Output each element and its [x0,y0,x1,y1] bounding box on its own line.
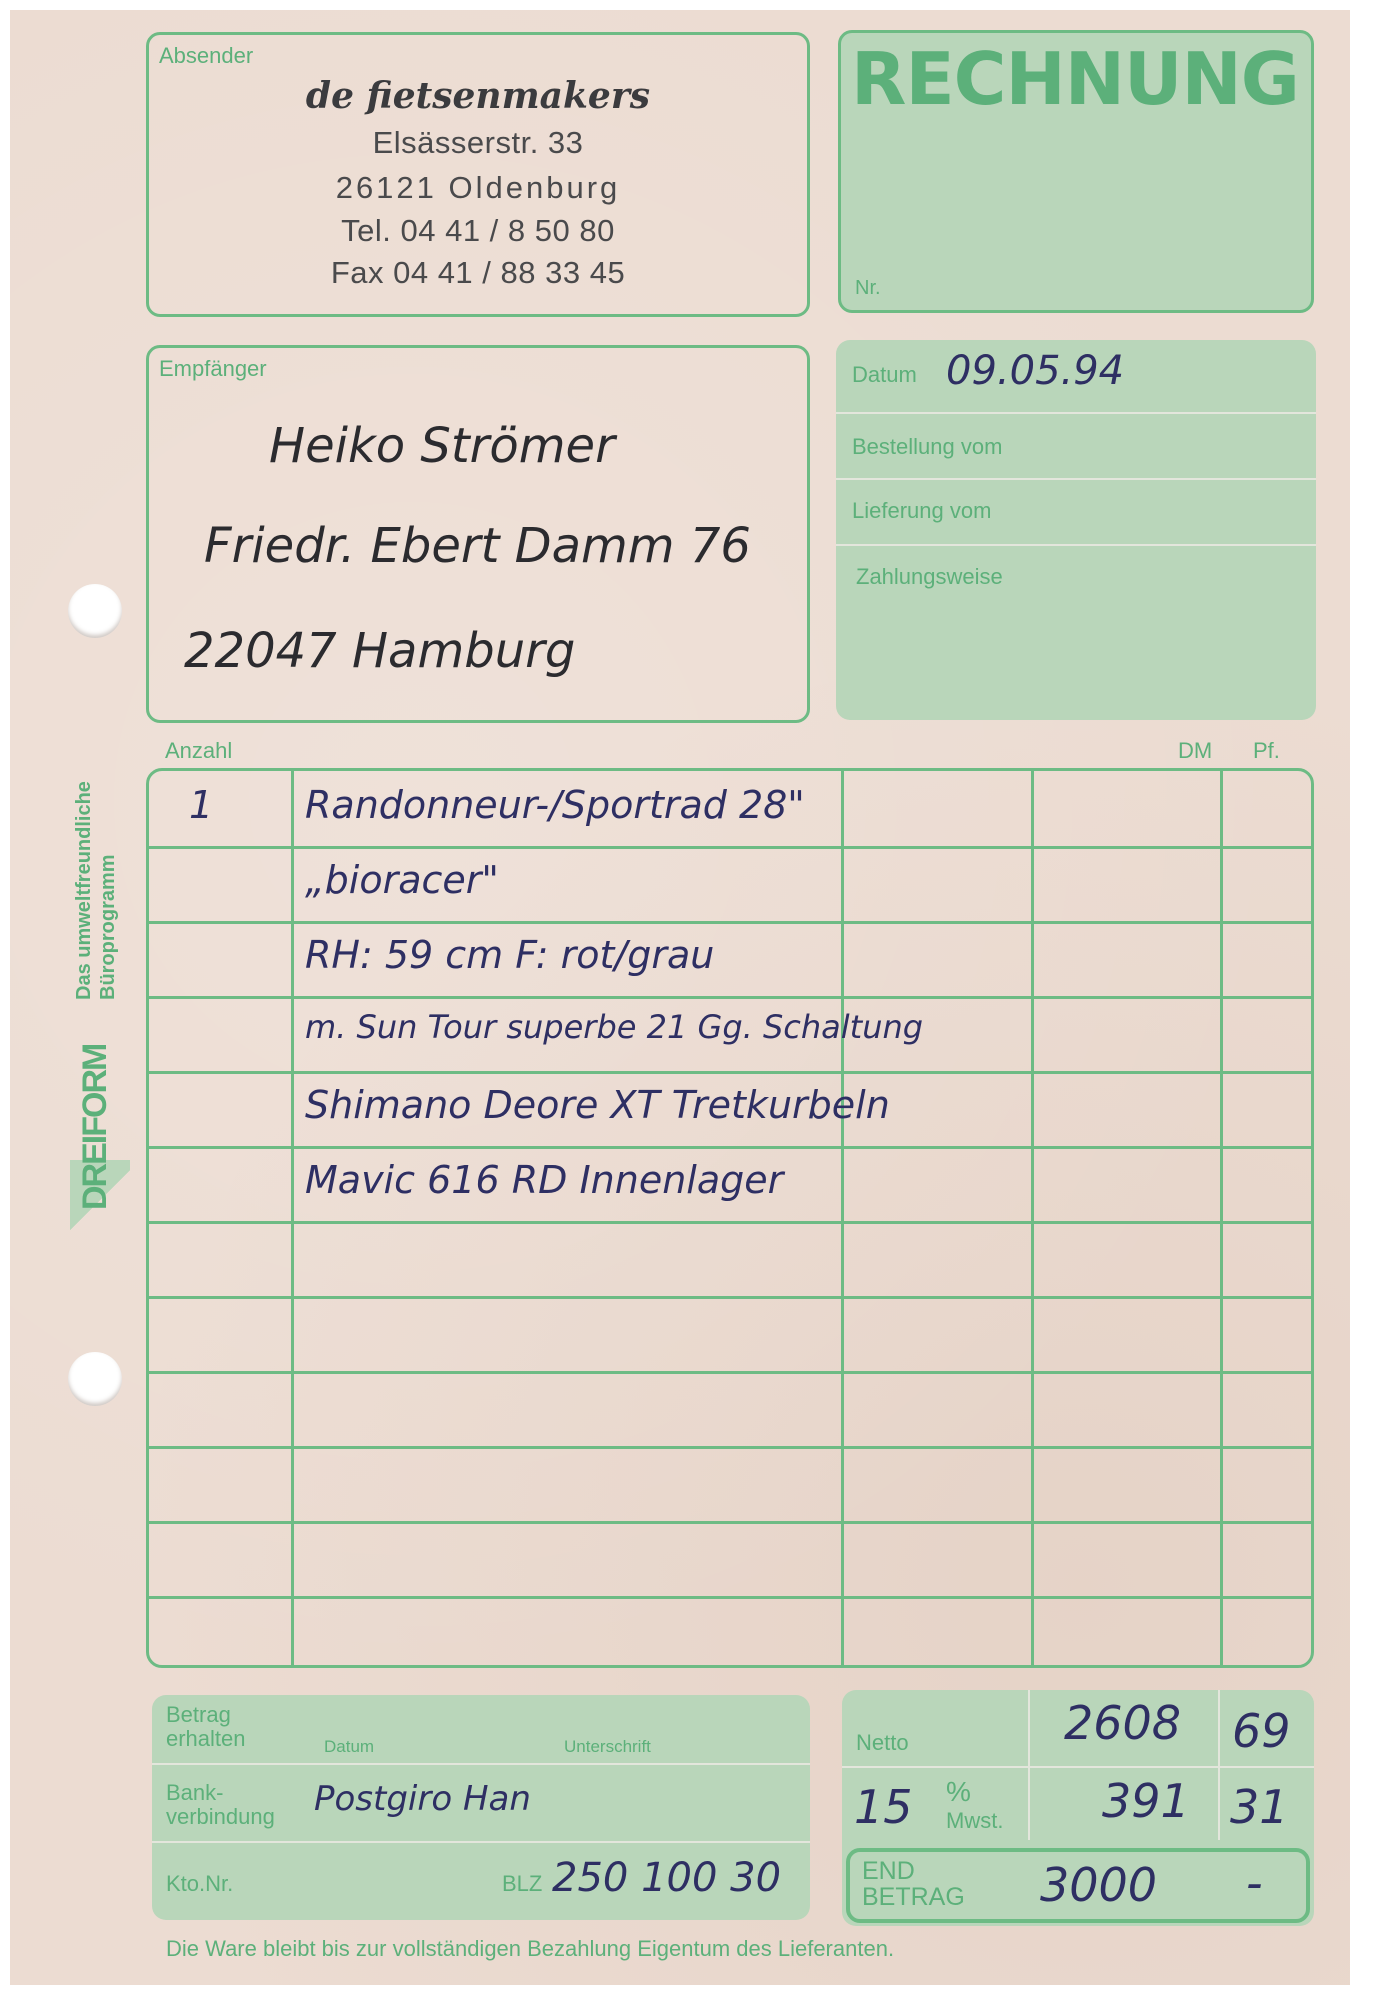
bank-label: Bank- verbindung [166,1781,275,1829]
column-header-dm: DM [1178,738,1212,764]
sender-phone: Tel. 04 41 / 8 50 80 [149,213,807,249]
payment-method-label: Zahlungsweise [856,564,1003,590]
table-row [149,1521,1311,1596]
bank-label-line1: Bank- [166,1781,275,1805]
column-header-quantity: Anzahl [165,738,232,764]
end-amount-label-line1: END [862,1858,965,1884]
table-row [149,1221,1311,1296]
row-description: Mavic 616 RD Innenlager [305,1158,783,1202]
recipient-street: Friedr. Ebert Damm 76 [204,518,751,574]
table-row: m. Sun Tour superbe 21 Gg. Schaltung [149,996,1311,1071]
bank-value: Postgiro Han [314,1779,531,1819]
payment-box: Betrag erhalten Datum Unterschrift Bank-… [152,1695,810,1920]
blz-label: BLZ [502,1871,542,1897]
vat-percent-sign: % [946,1776,971,1808]
end-amount-dm-value: 3000 [1040,1858,1157,1912]
vat-pf-value: 31 [1230,1780,1289,1834]
invoice-number-value[interactable] [901,274,1281,300]
brand-tagline-line1: Das umweltfreundliche [72,781,96,1000]
signature-label: Unterschrift [564,1737,651,1757]
row-quantity: 1 [189,783,213,827]
end-amount-pf-value: - [1246,1856,1263,1910]
end-amount-box: END BETRAG 3000 - [846,1848,1310,1923]
separator [1218,1690,1220,1840]
recipient-label: Empfänger [159,356,267,382]
recipient-box: Empfänger Heiko Strömer Friedr. Ebert Da… [146,345,810,723]
retention-of-title-note: Die Ware bleibt bis zur vollständigen Be… [166,1936,894,1962]
sender-street: Elsässerstr. 33 [149,125,807,161]
net-label: Netto [856,1730,909,1756]
bank-label-line2: verbindung [166,1805,275,1829]
row-description: Shimano Deore XT Tretkurbeln [305,1083,890,1127]
punch-hole-bottom [68,1352,122,1406]
amount-received-label: Betrag erhalten [166,1703,246,1751]
column-header-pf: Pf. [1253,738,1280,764]
separator [152,1763,810,1765]
details-row-date: Datum 09.05.94 [836,340,1316,414]
order-date-label: Bestellung vom [852,434,1002,460]
row-description: Randonneur-/Sportrad 28" [305,783,805,827]
details-row-payment-method: Zahlungsweise [836,546,1316,716]
invoice-number-label: Nr. [855,277,881,300]
table-row [149,1296,1311,1371]
invoice-title-box: RECHNUNG Nr. [838,30,1314,313]
vat-dm-value: 391 [1102,1774,1190,1828]
details-row-order: Bestellung vom [836,414,1316,480]
totals-box: Netto 2608 69 15 % Mwst. 391 31 END BETR… [842,1690,1314,1926]
sender-city: 26121 Oldenburg [149,170,807,206]
amount-received-label-line2: erhalten [166,1727,246,1751]
details-row-delivery: Lieferung vom [836,480,1316,546]
separator [152,1841,810,1843]
date-value: 09.05.94 [946,348,1124,394]
brand-logo-text: DREIFORM [76,1045,115,1210]
blz-value: 250 100 30 [552,1855,781,1901]
brand-tagline-line2: Büroprogramm [96,781,120,1000]
line-items-table: 1Randonneur-/Sportrad 28"„bioracer"RH: 5… [146,768,1314,1668]
table-row: Shimano Deore XT Tretkurbeln [149,1071,1311,1146]
end-amount-label-line2: BETRAG [862,1884,965,1910]
received-date-label: Datum [324,1737,374,1757]
row-description: RH: 59 cm F: rot/grau [305,933,714,977]
table-row: Mavic 616 RD Innenlager [149,1146,1311,1221]
amount-received-label-line1: Betrag [166,1703,246,1727]
table-row: 1Randonneur-/Sportrad 28" [149,771,1311,846]
delivery-date-label: Lieferung vom [852,498,991,524]
row-description: m. Sun Tour superbe 21 Gg. Schaltung [305,1008,923,1046]
date-label: Datum [852,362,917,388]
vat-rate-value: 15 [854,1780,913,1834]
sender-box: Absender de fietsenmakers Elsässerstr. 3… [146,32,810,317]
account-number-label: Kto.Nr. [166,1871,233,1897]
vat-label: Mwst. [946,1808,1003,1834]
row-description: „bioracer" [305,858,499,902]
recipient-city: 22047 Hamburg [184,623,575,679]
sender-fax: Fax 04 41 / 88 33 45 [149,255,807,291]
invoice-title: RECHNUNG [851,37,1299,121]
separator [842,1766,1314,1768]
recipient-name: Heiko Strömer [269,418,615,474]
net-dm-value: 2608 [1064,1696,1181,1750]
table-row [149,1371,1311,1446]
sender-name: de fietsenmakers [149,75,807,117]
net-pf-value: 69 [1232,1704,1291,1758]
details-block: Datum 09.05.94 Bestellung vom Lieferung … [836,340,1316,720]
end-amount-label: END BETRAG [862,1858,965,1910]
table-row: „bioracer" [149,846,1311,921]
brand-tagline: Das umweltfreundliche Büroprogramm [72,781,120,1000]
table-row: RH: 59 cm F: rot/grau [149,921,1311,996]
table-row [149,1596,1311,1668]
sender-label: Absender [159,43,253,69]
table-row [149,1446,1311,1521]
separator [1028,1690,1030,1840]
punch-hole-top [68,584,122,638]
